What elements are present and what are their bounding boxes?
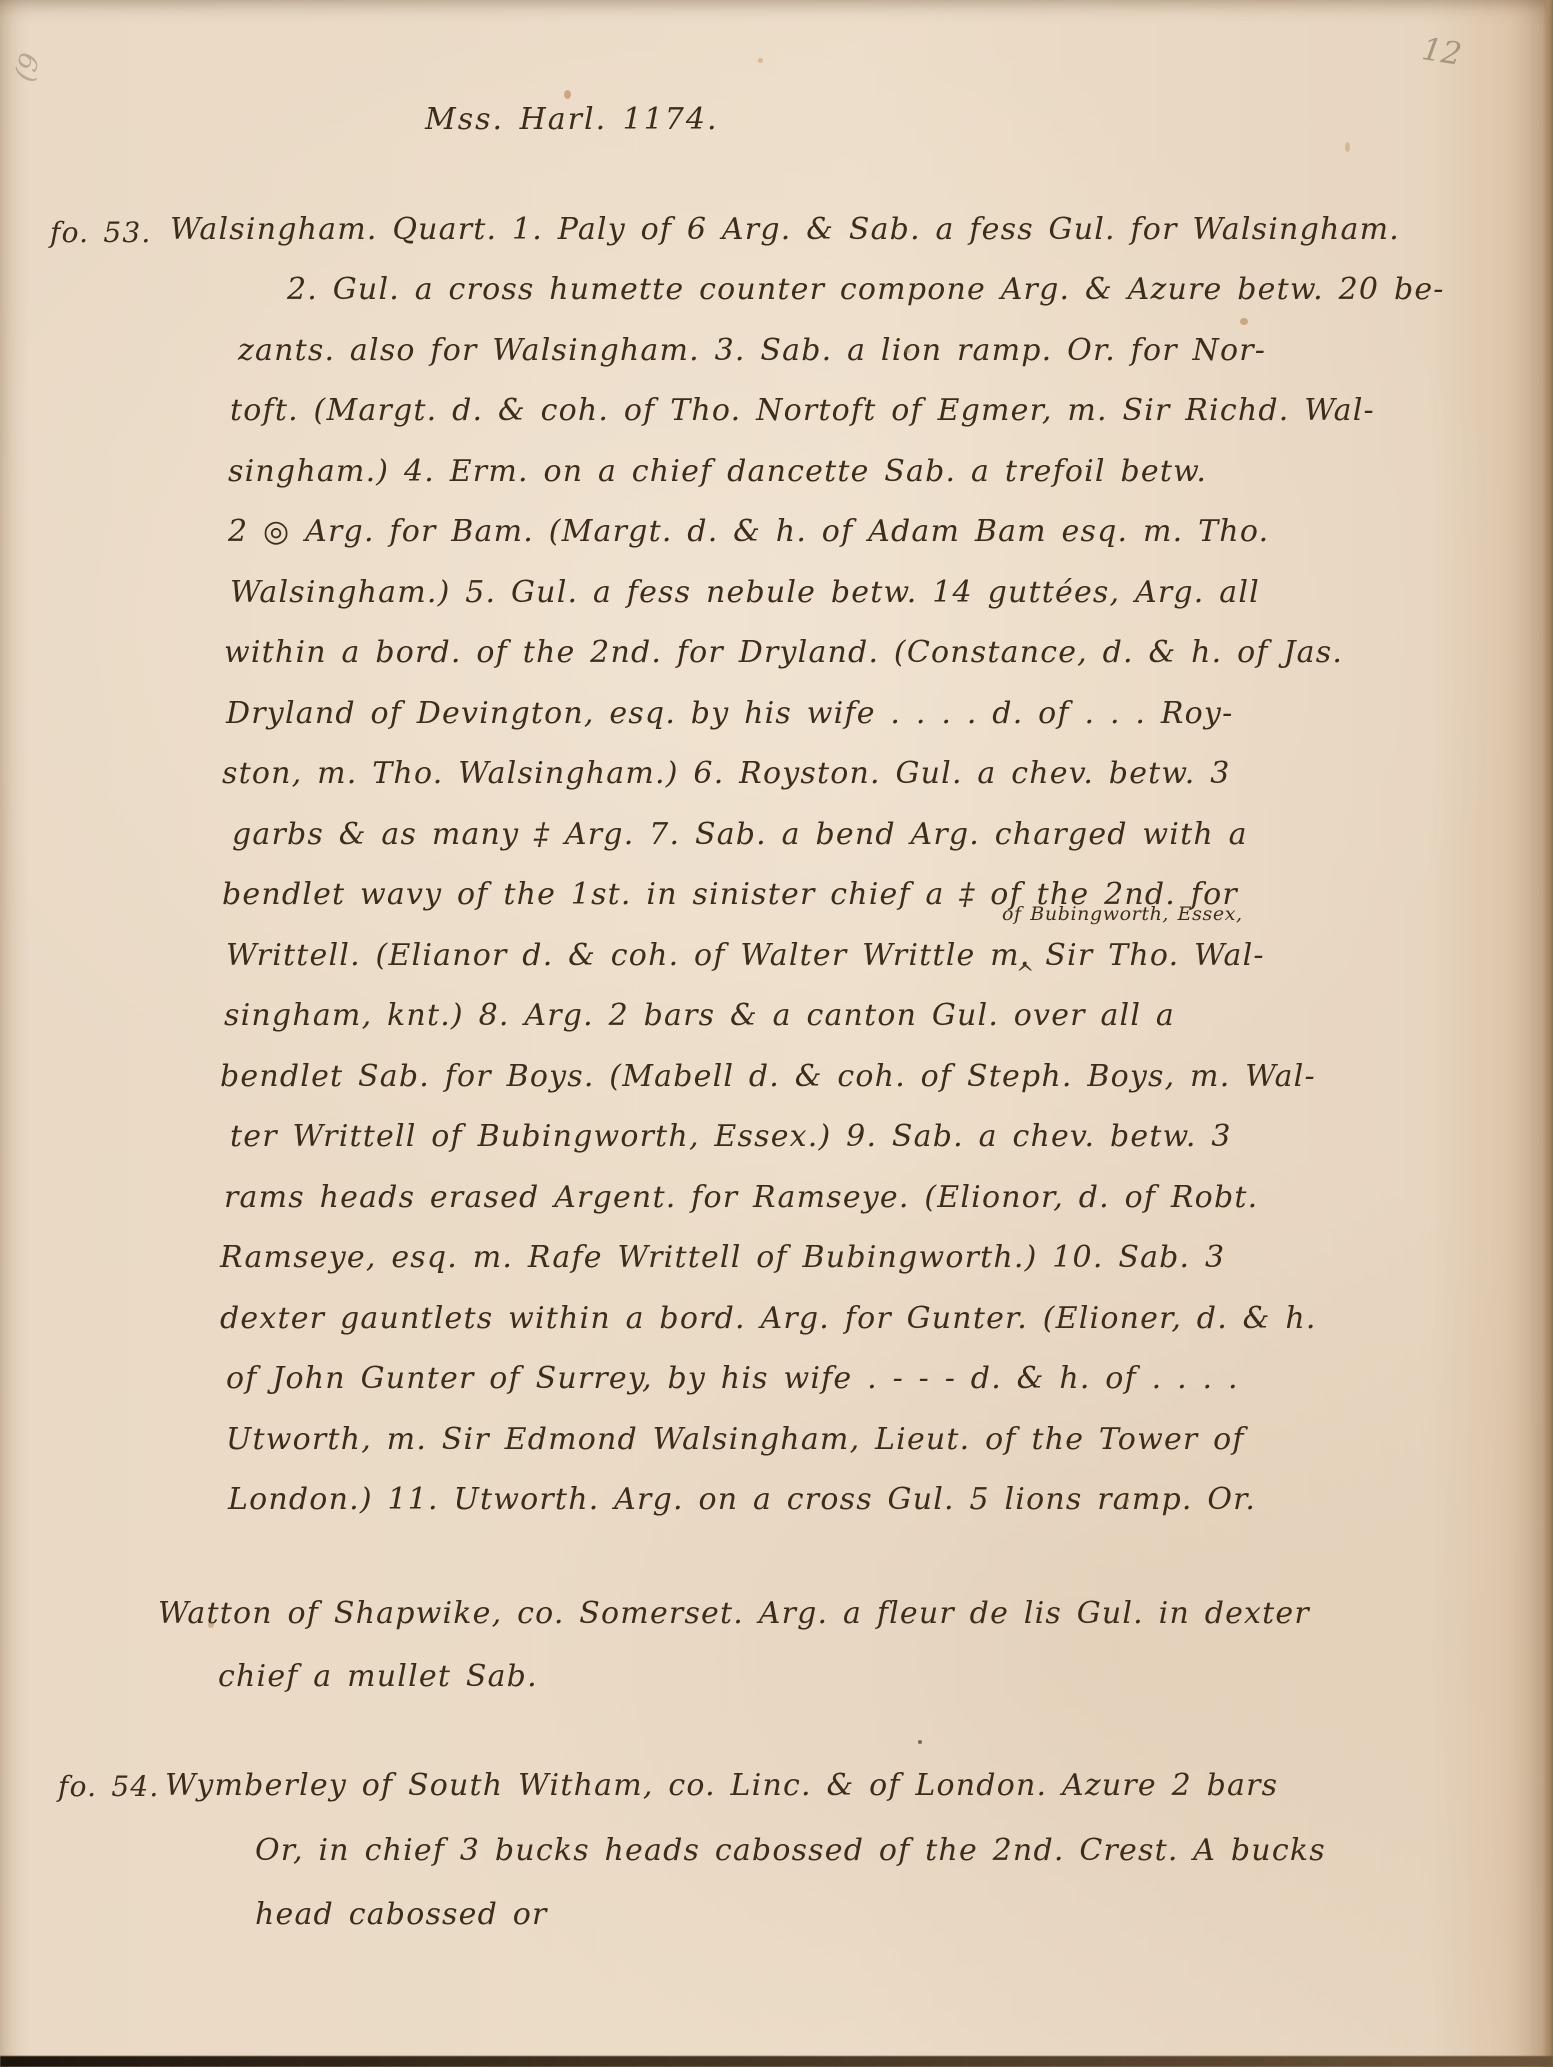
foxing-spot [1345,142,1350,152]
manuscript-line: of John Gunter of Surrey, by his wife . … [226,1361,1239,1396]
manuscript-page: (9 12 Mss. Harl. 1174. fo. 53. fo. 54. W… [0,0,1553,2067]
manuscript-line: Writtell. (Elianor d. & coh. of Walter W… [226,938,1265,973]
manuscript-line: Wymberley of South Witham, co. Linc. & o… [165,1768,1278,1803]
manuscript-line: within a bord. of the 2nd. for Dryland. … [224,635,1343,670]
manuscript-line: head cabossed or [255,1897,548,1932]
manuscript-title: Mss. Harl. 1174. [425,102,719,137]
manuscript-line: rams heads erased Argent. for Ramseye. (… [224,1180,1258,1215]
manuscript-line: dexter gauntlets within a bord. Arg. for… [220,1301,1317,1336]
manuscript-line: Or, in chief 3 bucks heads cabossed of t… [255,1833,1326,1868]
page-fore-edge [1543,0,1553,2067]
manuscript-line: Ramseye, esq. m. Rafe Writtell of Bubing… [220,1240,1225,1275]
manuscript-line: singham, knt.) 8. Arg. 2 bars & a canton… [224,998,1175,1033]
manuscript-line: Walsingham.) 5. Gul. a fess nebule betw.… [230,575,1260,610]
manuscript-line: singham.) 4. Erm. on a chief dancette Sa… [228,454,1207,489]
folio-label-54: fo. 54. [58,1770,159,1803]
manuscript-line: 2. Gul. a cross humette counter compone … [287,272,1445,307]
manuscript-line: Utworth, m. Sir Edmond Walsingham, Lieut… [226,1422,1245,1457]
manuscript-line: zants. also for Walsingham. 3. Sab. a li… [238,333,1266,368]
manuscript-line: Dryland of Devington, esq. by his wife .… [226,696,1233,731]
manuscript-line: bendlet Sab. for Boys. (Mabell d. & coh.… [220,1059,1316,1094]
insertion-caret-icon: ^ [1016,962,1036,987]
page-bottom-edge [0,2056,1553,2067]
manuscript-line: ston, m. Tho. Walsingham.) 6. Royston. G… [222,756,1231,791]
pencil-mark-left: (9 [9,50,47,86]
manuscript-line: ter Writtell of Bubingworth, Essex.) 9. … [230,1119,1232,1154]
manuscript-line: garbs & as many ‡ Arg. 7. Sab. a bend Ar… [232,817,1248,852]
foxing-spot [1240,318,1248,325]
folio-label-53: fo. 53. [50,216,151,249]
foxing-spot [758,58,763,63]
pencil-page-number: 12 [1419,31,1464,73]
interlinear-insertion: of Bubingworth, Essex, [1002,903,1243,925]
manuscript-line: London.) 11. Utworth. Arg. on a cross Gu… [228,1482,1256,1517]
manuscript-line: 2 ◎ Arg. for Bam. (Margt. d. & h. of Ada… [228,514,1269,549]
manuscript-line: toft. (Margt. d. & coh. of Tho. Nortoft … [230,393,1375,428]
manuscript-line: chief a mullet Sab. [218,1659,538,1694]
foxing-spot [564,90,571,99]
ink-dot [918,1740,922,1744]
manuscript-line: Watton of Shapwike, co. Somerset. Arg. a… [158,1596,1310,1631]
manuscript-line: Walsingham. Quart. 1. Paly of 6 Arg. & S… [170,212,1400,247]
